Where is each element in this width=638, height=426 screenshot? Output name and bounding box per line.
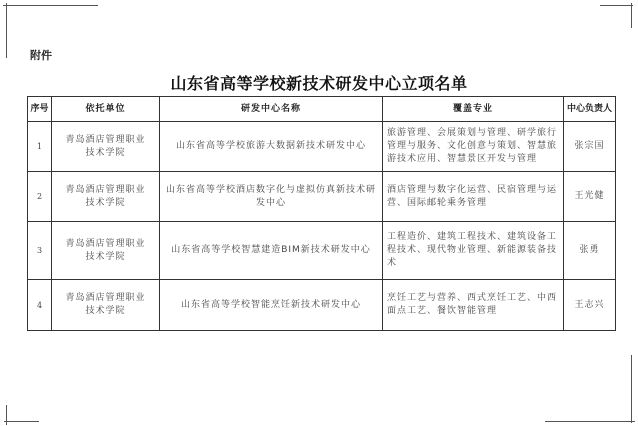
cell-unit: 青岛酒店管理职业技术学院 [52,122,160,172]
table-row: 2 青岛酒店管理职业技术学院 山东省高等学校酒店数字化与虚拟仿真新技术研发中心 … [28,172,616,222]
cell-leader: 王光健 [564,172,616,222]
attachment-label: 附件 [30,47,52,63]
cell-fields: 工程造价、建筑工程技术、建筑设备工程技术、现代物业管理、新能源装备技术 [383,222,564,280]
crop-mark-top-right-v [631,3,632,28]
cell-center: 山东省高等学校智能烹饪新技术研发中心 [160,280,383,331]
cell-unit: 青岛酒店管理职业技术学院 [52,222,160,280]
crop-mark-top-left-h [3,5,98,6]
cell-unit: 青岛酒店管理职业技术学院 [52,280,160,331]
cell-leader: 张勇 [564,222,616,280]
cell-leader: 张宗国 [564,122,616,172]
crop-mark-bottom-left-v [6,405,7,425]
cell-no: 1 [28,122,52,172]
header-center: 研发中心名称 [160,97,383,122]
cell-leader: 王志兴 [564,280,616,331]
table-row: 4 青岛酒店管理职业技术学院 山东省高等学校智能烹饪新技术研发中心 烹饪工艺与营… [28,280,616,331]
cell-center: 山东省高等学校智慧建造BIM新技术研发中心 [160,222,383,280]
document-title: 山东省高等学校新技术研发中心立项名单 [0,71,638,94]
table-row: 1 青岛酒店管理职业技术学院 山东省高等学校旅游大数据新技术研发中心 旅游管理、… [28,122,616,172]
crop-mark-top-left-v [6,3,7,58]
cell-no: 3 [28,222,52,280]
cell-no: 2 [28,172,52,222]
table-header-row: 序号 依托单位 研发中心名称 覆盖专业 中心负责人 [28,97,616,122]
cell-no: 4 [28,280,52,331]
cell-fields: 烹饪工艺与营养、西式烹饪工艺、中西面点工艺、餐饮智能管理 [383,280,564,331]
crop-mark-bottom-right-v [631,355,632,423]
header-no: 序号 [28,97,52,122]
cell-center: 山东省高等学校酒店数字化与虚拟仿真新技术研发中心 [160,172,383,222]
header-unit: 依托单位 [52,97,160,122]
header-fields: 覆盖专业 [383,97,564,122]
crop-mark-bottom-left-h [4,421,39,422]
project-list-table: 序号 依托单位 研发中心名称 覆盖专业 中心负责人 1 青岛酒店管理职业技术学院… [27,96,616,331]
cell-fields: 酒店管理与数字化运营、民宿管理与运营、国际邮轮乘务管理 [383,172,564,222]
crop-mark-top-right-h [600,5,633,6]
crop-mark-bottom-right-h [545,421,635,422]
header-leader: 中心负责人 [564,97,616,122]
table-row: 3 青岛酒店管理职业技术学院 山东省高等学校智慧建造BIM新技术研发中心 工程造… [28,222,616,280]
cell-unit: 青岛酒店管理职业技术学院 [52,172,160,222]
cell-fields: 旅游管理、会展策划与管理、研学旅行管理与服务、文化创意与策划、智慧旅游技术应用、… [383,122,564,172]
cell-center: 山东省高等学校旅游大数据新技术研发中心 [160,122,383,172]
